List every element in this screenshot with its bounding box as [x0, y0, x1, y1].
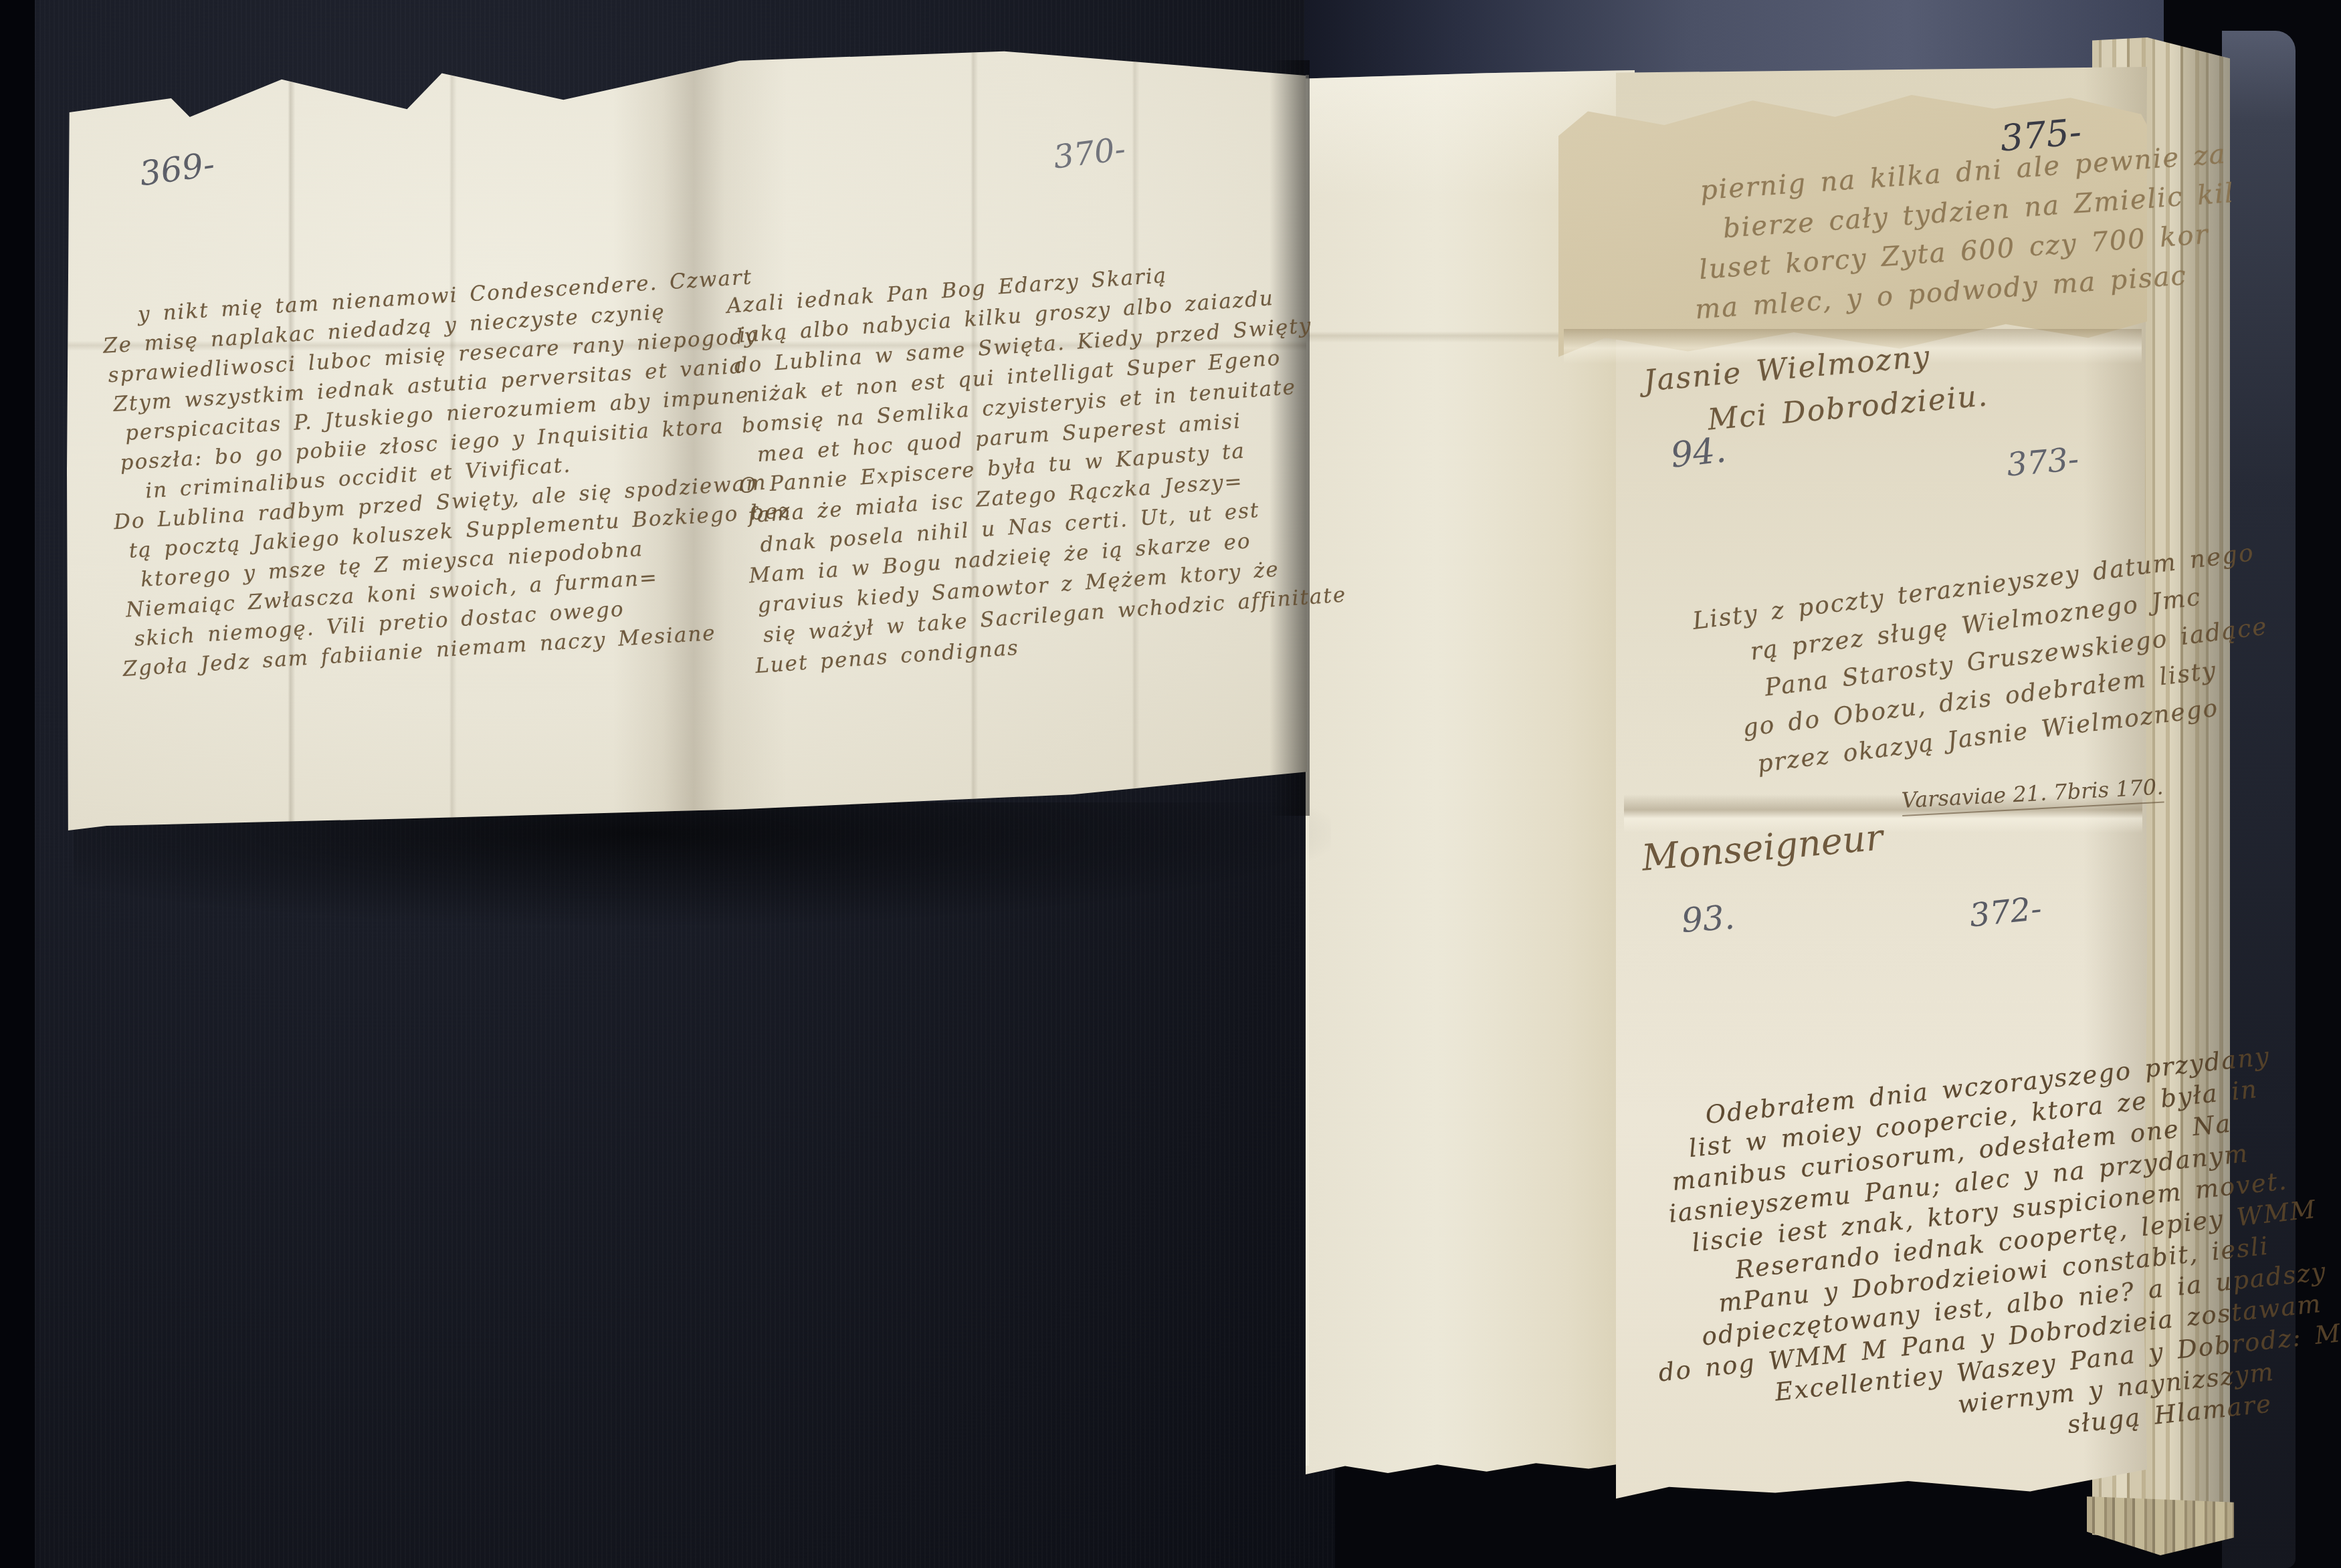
- letter-column-370: Azali iednak Pan Bog Edarzy Skariąiaką a…: [726, 250, 1350, 682]
- page-number-373: 373-: [2005, 441, 2080, 484]
- album-left-edge: [0, 0, 37, 1568]
- item-number-94: 94.: [1669, 430, 1728, 475]
- item-number-93: 93.: [1680, 897, 1736, 939]
- manuscript-photo: 369- 370- y nikt mię tam nienamowi Conde…: [0, 0, 2341, 1568]
- letter-column-369: y nikt mię tam nienamowi Condescendere. …: [100, 261, 799, 684]
- page-number-372: 372-: [1968, 890, 2043, 935]
- page-scraps-bottom: [2087, 1496, 2234, 1555]
- book-cloth-hinge: [1304, 0, 2164, 79]
- letter-paragraph-2: Odebrałem dnia wczorayszego przydanylist…: [1637, 1031, 2341, 1482]
